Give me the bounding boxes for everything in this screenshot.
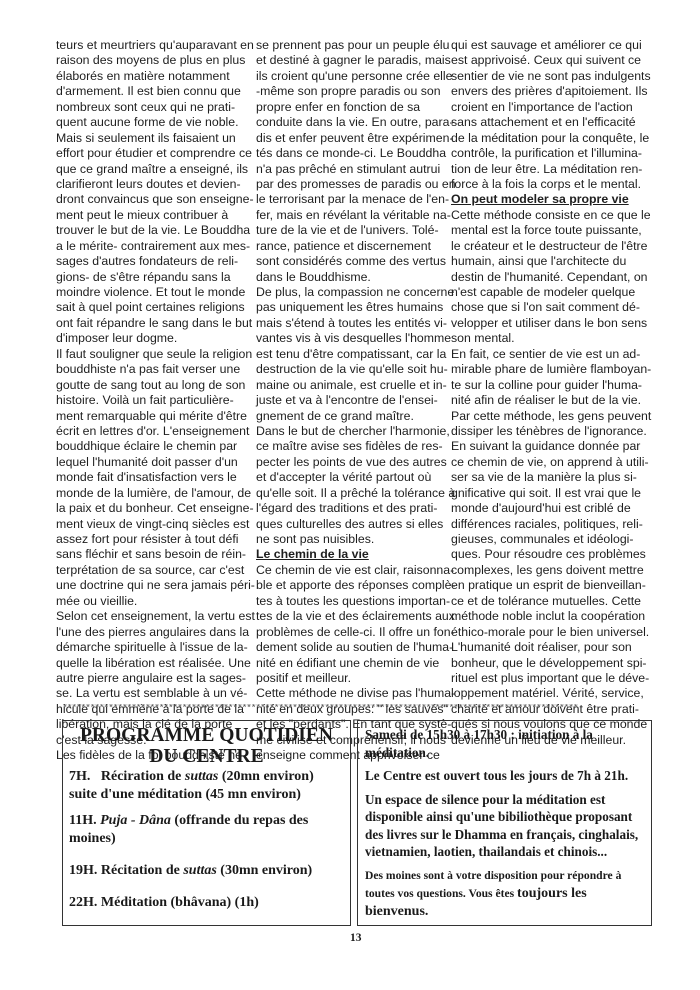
article-text-line: mirable phare de lumière flamboyan-: [451, 362, 651, 377]
article-text-line: chose que si l'on sait comment dé-: [451, 300, 651, 315]
article-text-line: ques culturelles des autres si elles: [256, 517, 450, 532]
article-text-line: que ce grand maître a enseigné, ils: [56, 162, 250, 177]
programme-item-7h: 7H. Réciration de suttas (20mn environ) …: [69, 768, 344, 804]
article-text-line: ont fait répandre le sang dans le but: [56, 316, 250, 331]
library-info: Un espace de silence pour la méditation …: [365, 791, 644, 861]
article-text-line: une doctrine qui ne sera jamais péri-: [56, 578, 250, 593]
article-text-line: gions- de s'être répandu sans la: [56, 270, 250, 285]
article-text-line: n'a pas prêché en stimulant autrui: [256, 162, 450, 177]
article-text-line: dront convaincus que son enseigne-: [56, 192, 250, 207]
article-text-line: dissiper les ténèbres de l'ignorance.: [451, 424, 651, 439]
article-text-line: positif et meilleur.: [256, 671, 450, 686]
article-text-line: ture de la vie et de l'univers. Tolé-: [256, 223, 450, 238]
programme-time: 7H.: [69, 769, 90, 784]
article-text-line: force à la fois la corps et le mental.: [451, 177, 651, 192]
daily-programme-box: PROGRAMME QUOTIDIEN DU CENTRE 7H. Récira…: [62, 720, 351, 926]
article-text-line: bouddhique éclaire le chemin par: [56, 439, 250, 454]
article-text-line: ne sont pas nuisibles.: [256, 532, 450, 547]
article-text-line: sans fléchir et sans besoin de réin-: [56, 547, 250, 562]
article-text-line: Dans le but de chercher l'harmonie,: [256, 424, 450, 439]
article-text-line: qui est sauvage et améliorer ce qui: [451, 38, 651, 53]
programme-time: 11H.: [69, 813, 97, 828]
article-text-line: L'humanité doit réaliser, pour son: [451, 640, 651, 655]
page-number: 13: [350, 932, 362, 944]
article-text-line: la paix et du bonheur. Cet enseigne-: [56, 501, 250, 516]
article-text-line: contrôle, la purification et l'illumina-: [451, 146, 651, 161]
programme-item-22h: 22H. Méditation (bhâvana) (1h): [69, 894, 344, 912]
article-text-line: ble et apporte des réponses complè-: [256, 578, 450, 593]
article-text-line: goutte de sang tout au long de son: [56, 378, 250, 393]
article-text-line: nité en édifiant une chemin de vie: [256, 656, 450, 671]
article-text-line: En suivant la guidance donnée par: [451, 439, 651, 454]
article-text-line: rituel est plus important que le déve-: [451, 671, 651, 686]
article-text-line: son mental.: [451, 331, 651, 346]
section-heading: On peut modeler sa propre vie: [451, 192, 651, 207]
article-text-line: croient en l'importance de l'action: [451, 100, 651, 115]
article-text-line: tés dans ce monde-ci. Le Bouddha: [256, 146, 450, 161]
programme-text: (30mn environ): [217, 863, 312, 878]
article-text-line: se prennent pas pour un peuple élu: [256, 38, 450, 53]
article-text-line: sont considérés comme des vertus: [256, 254, 450, 269]
section-heading: Le chemin de la vie: [256, 547, 450, 562]
article-text-line: mée ou vieillie.: [56, 594, 250, 609]
article-text-line: dans le Bouddhisme.: [256, 270, 450, 285]
article-text-line: histoire. Voilà un fait particulière-: [56, 393, 250, 408]
article-text-line: dis et enfer peuvent être expérimen-: [256, 131, 450, 146]
article-text-line: trouver le but de la vie. Le Bouddha: [56, 223, 250, 238]
article-text-line: sait à quel point certaines religions: [56, 300, 250, 315]
programme-title: PROGRAMME QUOTIDIEN DU CENTRE: [69, 725, 344, 767]
article-text-line: assez fort pour résister à tout défi: [56, 532, 250, 547]
article-text-line: clarifieront leurs doutes et devien-: [56, 177, 250, 192]
article-text-line: En fait, ce sentier de vie est un ad-: [451, 347, 651, 362]
article-text-line: pecter les points de vue des autres: [256, 455, 450, 470]
article-text-line: bonheur, que le développement spi-: [451, 656, 651, 671]
article-text-line: Il faut souligner que seule la religion: [56, 347, 250, 362]
article-text-line: ce maître avise ses fidèles de res-: [256, 439, 450, 454]
article-text-line: ce chemin de vie, on apprend à utili-: [451, 455, 651, 470]
article-text-line: autre pierre angulaire est la sages-: [56, 671, 250, 686]
centre-info-box: Samedi de 15h30 à 17h30 : initiation à l…: [357, 720, 652, 926]
article-text-line: a le mérite- contrairement aux mes-: [56, 239, 250, 254]
article-text-line: monde fait d'insatisfaction vers le: [56, 470, 250, 485]
article-text-line: quelle la libération est réalisée. Une: [56, 656, 250, 671]
article-text-line: Mais si seulement ils faisaient un: [56, 131, 250, 146]
article-column-2: se prennent pas pour un peuple éluet des…: [256, 38, 450, 764]
programme-time: 19H.: [69, 863, 97, 878]
article-text-line: -même son propre paradis ou son: [256, 84, 450, 99]
article-text-line: sans attachement et en l'efficacité: [451, 115, 651, 130]
article-text-line: nombreux sont ceux qui ne prati-: [56, 100, 250, 115]
article-text-line: tes de la vie et des éclairements aux: [256, 609, 450, 624]
article-text-line: gieuses, communales et idéologi-: [451, 532, 651, 547]
article-text-line: tion de leur être. La méditation ren-: [451, 162, 651, 177]
article-text-line: problèmes de celle-ci. Il offre un fon-: [256, 625, 450, 640]
article-text-line: bouddhiste n'a pas fait verser une: [56, 362, 250, 377]
article-text-line: quent aucune forme de vie noble.: [56, 115, 250, 130]
article-text-line: ils croient qu'une personne crée elle: [256, 69, 450, 84]
article-text-line: terprétation de sa source, car c'est: [56, 563, 250, 578]
article-text-line: mais s'étend à toutes les entités vi-: [256, 316, 450, 331]
article-text-line: loppement matériel. Vérité, service,: [451, 686, 651, 701]
article-text-line: démarche spirituelle à l'issue de la-: [56, 640, 250, 655]
programme-text: (20mn environ): [218, 769, 313, 784]
article-text-line: Cette méthode consiste en ce que le: [451, 208, 651, 223]
article-text-line: en pratique un esprit de bienveillan-: [451, 578, 651, 593]
article-text-line: gnement de ce grand maître.: [256, 409, 450, 424]
article-text-line: tes à toutes les questions importan-: [256, 594, 450, 609]
article-text-line: monde d'aujourd'hui est criblé de: [451, 501, 651, 516]
article-text-line: ce et de tolérance mutuelles. Cette: [451, 594, 651, 609]
article-text-line: éthico-morale pour le bien universel.: [451, 625, 651, 640]
article-text-line: d'armement. Il est bien connu que: [56, 84, 250, 99]
article-text-line: et destiné à gagner le paradis, mais: [256, 53, 450, 68]
programme-text: Réciration de: [101, 769, 185, 784]
article-text-line: te sur la colline pour guider l'huma-: [451, 378, 651, 393]
article-text-line: pas uniquement les êtres humains: [256, 300, 450, 315]
article-text-line: nité afin de réaliser le but de la vie.: [451, 393, 651, 408]
article-text-line: effort pour étudier et comprendre ce: [56, 146, 250, 161]
programme-italic: Puja - Dâna: [100, 813, 171, 828]
asterisk-separator: ****************************************…: [62, 704, 654, 716]
article-text-line: par des promesses de paradis ou en: [256, 177, 450, 192]
article-text-line: de la méditation pour la conquête, le: [451, 131, 651, 146]
article-text-line: conduite dans la vie. En outre, para-: [256, 115, 450, 130]
article-text-line: destruction de la vie qu'elle soit hu-: [256, 362, 450, 377]
article-text-line: le créateur et le destructeur de l'être: [451, 239, 651, 254]
article-text-line: maine ou animale, est cruelle et in-: [256, 378, 450, 393]
article-text-line: humain, ainsi que l'architecte du: [451, 254, 651, 269]
article-text-line: Ce chemin de vie est clair, raisonna-: [256, 563, 450, 578]
article-text-line: dement solide au soutien de l'huma-: [256, 640, 450, 655]
article-text-line: Par cette méthode, les gens peuvent: [451, 409, 651, 424]
magazine-page: teurs et meurtriers qu'auparavant enrais…: [0, 0, 700, 990]
article-text-line: ment vieux de vingt-cinq siècles est: [56, 517, 250, 532]
article-column-1: teurs et meurtriers qu'auparavant enrais…: [56, 38, 250, 764]
article-text-line: Cette méthode ne divise pas l'huma-: [256, 686, 450, 701]
programme-italic: suttas: [183, 863, 216, 878]
article-text-line: monde de la lumière, de l'amour, de: [56, 486, 250, 501]
article-column-3: qui est sauvage et améliorer ce quiest a…: [451, 38, 651, 748]
article-text-line: lequel l'humanité doit passer d'un: [56, 455, 250, 470]
saturday-meditation-info: Samedi de 15h30 à 17h30 : initiation à l…: [365, 726, 644, 761]
programme-item-11h: 11H. Puja - Dâna (offrande du repas des …: [69, 812, 344, 848]
article-text-line: d'imposer leur dogme.: [56, 331, 250, 346]
monks-info: Des moines sont à votre disposition pour…: [365, 867, 644, 921]
article-text-line: écrit en lettres d'or. L'enseignement: [56, 424, 250, 439]
article-text-line: moindre violence. Et tout le monde: [56, 285, 250, 300]
article-text-line: fer, mais en révélant la véritable na-: [256, 208, 450, 223]
programme-text: Récitation de: [101, 863, 183, 878]
article-text-line: l'égard des traditions et des prati-: [256, 501, 450, 516]
article-text-line: vantes vis à vis desquelles l'homme: [256, 331, 450, 346]
article-text-line: teurs et meurtriers qu'auparavant en: [56, 38, 250, 53]
article-text-line: juste et va à l'encontre de l'ensei-: [256, 393, 450, 408]
article-text-line: ser sa vie de la manière la plus si-: [451, 470, 651, 485]
programme-item-19h: 19H. Récitation de suttas (30mn environ): [69, 862, 344, 880]
article-text-line: propre enfer en fonction de sa: [256, 100, 450, 115]
article-text-line: différences raciales, politiques, reli-: [451, 517, 651, 532]
article-text-line: destin de l'humanité. Cependant, on: [451, 270, 651, 285]
programme-text: suite d'une méditation (45 mn environ): [69, 787, 301, 802]
article-text-line: sages d'autres fondateurs de reli-: [56, 254, 250, 269]
article-text-line: envers des prières d'apitoiement. Ils: [451, 84, 651, 99]
article-text-line: et d'accepter la vérité partout où: [256, 470, 450, 485]
article-text-line: le terrorisant par la menace de l'en-: [256, 192, 450, 207]
article-text-line: l'une des pierres angulaires dans la: [56, 625, 250, 640]
article-text-line: élaborés en matière notamment: [56, 69, 250, 84]
article-text-line: qu'elle soit. Il a prêché la tolérance à: [256, 486, 450, 501]
article-text-line: ques. Pour résoudre ces problèmes: [451, 547, 651, 562]
opening-hours-info: Le Centre est ouvert tous les jours de 7…: [365, 767, 644, 785]
article-text-line: gnificative qui soit. Il est vrai que le: [451, 486, 651, 501]
article-text-line: Selon cet enseignement, la vertu est: [56, 609, 250, 624]
article-text-line: mental est la force toute puissante,: [451, 223, 651, 238]
article-text-line: est apprivoisé. Ceux qui suivent ce: [451, 53, 651, 68]
article-text-line: se. La vertu est semblable à un vé-: [56, 686, 250, 701]
article-text-line: ment peut le mieux contribuer à: [56, 208, 250, 223]
article-text-line: sentier de vie ne sont pas indulgents: [451, 69, 651, 84]
article-text-line: méthode noble inclut la coopération: [451, 609, 651, 624]
programme-italic: suttas: [185, 769, 218, 784]
article-text-line: raison des moyens de plus en plus: [56, 53, 250, 68]
article-text-line: velopper et utiliser dans le bon sens: [451, 316, 651, 331]
article-text-line: rance, patience et discernement: [256, 239, 450, 254]
article-text-line: est tenu d'être compatissant, car la: [256, 347, 450, 362]
article-text-line: ment remarquable qui mérite d'être: [56, 409, 250, 424]
article-text-line: De plus, la compassion ne concerne: [256, 285, 450, 300]
article-text-line: n'est capable de modeler quelque: [451, 285, 651, 300]
article-text-line: complexes, les gens doivent mettre: [451, 563, 651, 578]
